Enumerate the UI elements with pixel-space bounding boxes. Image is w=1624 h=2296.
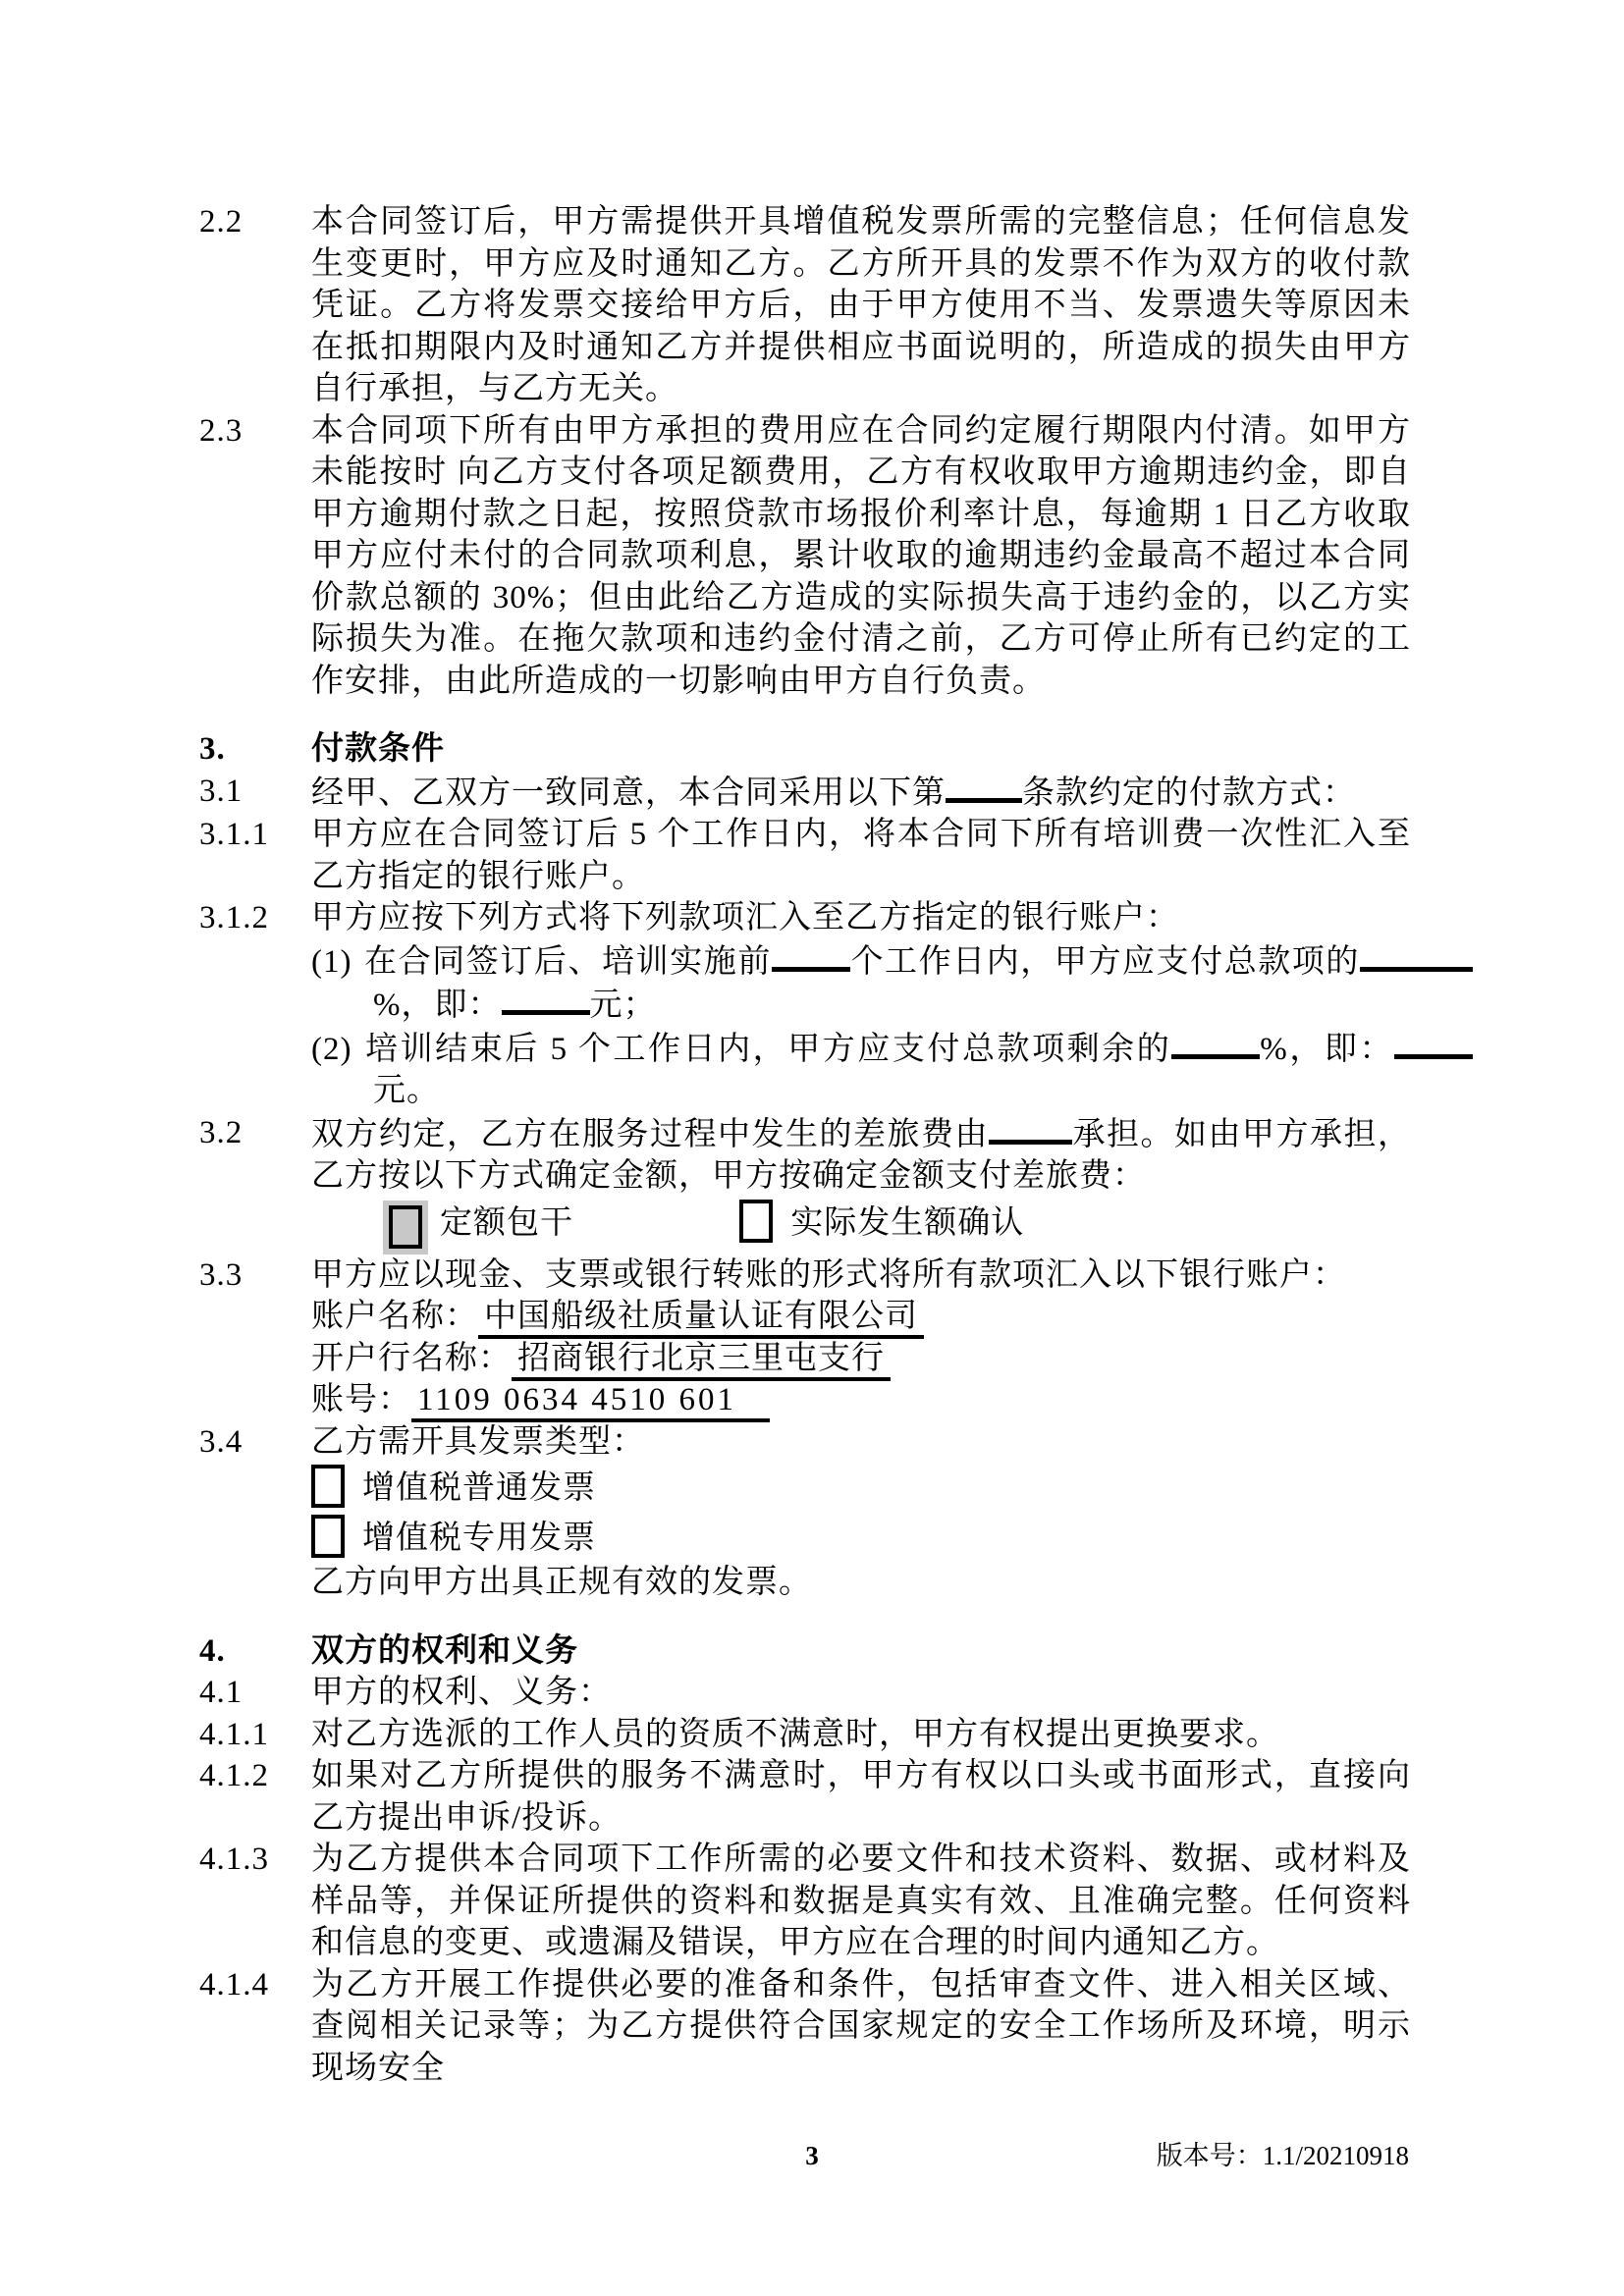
section-number: 4. — [199, 1630, 311, 1673]
clause-3-1-2-item-1: (1)在合同签订后、培训实施前个工作日内，甲方应支付总款项的%，即：元； — [199, 939, 1411, 1027]
clause-text-segment: 条款约定的付款方式： — [1022, 775, 1356, 811]
invoice-type-option-2: 增值税专用发票 — [199, 1513, 1411, 1563]
bank-name-value: 招商银行北京三里屯支行 — [512, 1341, 891, 1381]
clause-number: 3.3 — [199, 1255, 311, 1297]
option-label: 增值税专用发票 — [362, 1521, 596, 1556]
clause-number: 3.4 — [199, 1421, 311, 1464]
bank-branch-row: 开户行名称：招商银行北京三里屯支行 — [199, 1338, 1411, 1380]
fill-in-blank — [772, 939, 850, 972]
fill-in-blank — [946, 771, 1022, 803]
clause-text: 甲方的权利、义务： — [311, 1672, 1411, 1714]
clause-number: 4.1.3 — [199, 1839, 311, 1881]
checkbox-lump-sum[interactable] — [389, 1205, 422, 1249]
clause-number: 4.1 — [199, 1672, 311, 1714]
clause-text: 本合同项下所有由甲方承担的费用应在合同约定履行期限内付清。如甲方未能按时 向乙方… — [311, 410, 1411, 703]
account-number-label: 账号： — [311, 1382, 411, 1417]
section-4-heading: 4. 双方的权利和义务 — [199, 1630, 1411, 1673]
clause-text: 为乙方提供本合同项下工作所需的必要文件和技术资料、数据、或材料及样品等，并保证所… — [311, 1839, 1411, 1964]
contract-page: 2.2 本合同签订后，甲方需提供开具增值税发票所需的完整信息；任何信息发生变更时… — [0, 0, 1624, 2296]
option-label: 增值税普通发票 — [362, 1470, 596, 1506]
section-number: 3. — [199, 728, 311, 771]
option-row: 增值税专用发票 — [311, 1515, 1411, 1560]
contract-content: 2.2 本合同签订后，甲方需提供开具增值税发票所需的完整信息；任何信息发生变更时… — [199, 201, 1411, 2089]
clause-text-segment: 经甲、乙双方一致同意，本合同采用以下第 — [311, 775, 946, 811]
clause-4-1-1: 4.1.1 对乙方选派的工作人员的资质不满意时，甲方有权提出更换要求。 — [199, 1714, 1411, 1756]
clause-text: (2)培训结束后 5 个工作日内，甲方应支付总款项剩余的%，即：元。 — [311, 1027, 1473, 1112]
list-item-label: (2) — [311, 1032, 352, 1067]
version-value: 1.1/20210918 — [1263, 2141, 1409, 2170]
clause-text: 甲方应在合同签订后 5 个工作日内，将本合同下所有培训费一次性汇入至乙方指定的银… — [311, 814, 1411, 897]
section-title: 付款条件 — [311, 728, 1411, 771]
clause-text: 双方约定，乙方在服务过程中发生的差旅费由承担。如由甲方承担，乙方按以下方式确定金… — [311, 1112, 1411, 1198]
clause-text: 甲方应以现金、支票或银行转账的形式将所有款项汇入以下银行账户： — [311, 1255, 1411, 1297]
clause-text: 对乙方选派的工作人员的资质不满意时，甲方有权提出更换要求。 — [311, 1714, 1411, 1756]
bank-account-name-row: 账户名称：中国船级社质量认证有限公司 — [199, 1296, 1411, 1338]
clause-number: 3.1.1 — [199, 814, 311, 856]
clause-text: 乙方向甲方出具正规有效的发票。 — [311, 1562, 1411, 1604]
checkbox-vat-general-invoice[interactable] — [311, 1465, 345, 1508]
clause-text: 如果对乙方所提供的服务不满意时，甲方有权以口头或书面形式，直接向乙方提出申诉/投… — [311, 1755, 1411, 1839]
clause-text-segment: %，即： — [373, 988, 502, 1023]
clause-text-segment: 双方约定，乙方在服务过程中发生的差旅费由 — [311, 1117, 989, 1152]
clause-4-1: 4.1 甲方的权利、义务： — [199, 1672, 1411, 1714]
clause-text-segment: 个工作日内，甲方应支付总款项的 — [850, 944, 1360, 980]
option-label: 定额包干 — [440, 1205, 573, 1241]
fill-in-blank — [502, 983, 590, 1015]
clause-text-segment: 元； — [590, 988, 657, 1023]
option-label: 实际发生额确认 — [790, 1205, 1024, 1241]
clause-text-segment: %，即： — [1260, 1032, 1394, 1067]
option-row: 增值税普通发票 — [311, 1465, 1411, 1510]
fill-in-blank — [989, 1112, 1072, 1145]
section-3-heading: 3. 付款条件 — [199, 728, 1411, 771]
clause-text: 为乙方开展工作提供必要的准备和条件，包括审查文件、进入相关区域、查阅相关记录等；… — [311, 1964, 1411, 2090]
version-info: 版本号：1.1/20210918 — [1157, 2136, 1409, 2175]
option-lump-sum: 定额包干 — [383, 1205, 573, 1241]
page-footer: 3 版本号：1.1/20210918 — [0, 2136, 1624, 2175]
clause-text: (1)在合同签订后、培训实施前个工作日内，甲方应支付总款项的%，即：元； — [311, 939, 1473, 1027]
bank-account-number-row: 账号：1109 0634 4510 601 — [199, 1379, 1411, 1421]
clause-4-1-2: 4.1.2 如果对乙方所提供的服务不满意时，甲方有权以口头或书面形式，直接向乙方… — [199, 1755, 1411, 1839]
checkbox-shading — [383, 1201, 428, 1255]
clause-3-3: 3.3 甲方应以现金、支票或银行转账的形式将所有款项汇入以下银行账户： — [199, 1255, 1411, 1297]
bank-detail-line: 账号：1109 0634 4510 601 — [311, 1379, 1411, 1421]
bank-detail-line: 账户名称：中国船级社质量认证有限公司 — [311, 1296, 1411, 1338]
clause-3-1-2-item-2: (2)培训结束后 5 个工作日内，甲方应支付总款项剩余的%，即：元。 — [199, 1027, 1411, 1112]
account-name-label: 账户名称： — [311, 1299, 478, 1334]
travel-expense-options: 定额包干 实际发生额确认 — [199, 1200, 1411, 1255]
clause-text: 甲方应按下列方式将下列款项汇入至乙方指定的银行账户： — [311, 897, 1411, 939]
clause-2-3: 2.3 本合同项下所有由甲方承担的费用应在合同约定履行期限内付清。如甲方未能按时… — [199, 410, 1411, 703]
clause-3-1-1: 3.1.1 甲方应在合同签订后 5 个工作日内，将本合同下所有培训费一次性汇入至… — [199, 814, 1411, 897]
invoice-type-option-1: 增值税普通发票 — [199, 1463, 1411, 1513]
clause-text: 乙方需开具发票类型： — [311, 1421, 1411, 1464]
list-item-label: (1) — [311, 944, 352, 980]
version-label: 版本号： — [1157, 2141, 1263, 2170]
clause-number: 2.3 — [199, 410, 311, 453]
clause-3-1-2: 3.1.2 甲方应按下列方式将下列款项汇入至乙方指定的银行账户： — [199, 897, 1411, 939]
section-title: 双方的权利和义务 — [311, 1630, 1411, 1673]
option-actual-amount: 实际发生额确认 — [739, 1205, 1024, 1241]
checkbox-actual-amount[interactable] — [739, 1200, 773, 1243]
clause-number: 4.1.4 — [199, 1964, 311, 2006]
account-name-value: 中国船级社质量认证有限公司 — [478, 1299, 924, 1339]
clause-number: 3.1 — [199, 771, 311, 813]
options-row: 定额包干 实际发生额确认 — [311, 1200, 1411, 1255]
clause-text-segment: 在合同签订后、培训实施前 — [363, 944, 771, 980]
clause-2-2: 2.2 本合同签订后，甲方需提供开具增值税发票所需的完整信息；任何信息发生变更时… — [199, 201, 1411, 410]
clause-text: 本合同签订后，甲方需提供开具增值税发票所需的完整信息；任何信息发生变更时，甲方应… — [311, 201, 1411, 410]
fill-in-blank — [1360, 939, 1473, 972]
clause-number: 2.2 — [199, 201, 311, 243]
clause-3-4-note: 乙方向甲方出具正规有效的发票。 — [199, 1562, 1411, 1604]
fill-in-blank — [1171, 1027, 1260, 1059]
clause-number: 3.2 — [199, 1112, 311, 1154]
clause-3-4: 3.4 乙方需开具发票类型： — [199, 1421, 1411, 1464]
clause-3-2: 3.2 双方约定，乙方在服务过程中发生的差旅费由承担。如由甲方承担，乙方按以下方… — [199, 1112, 1411, 1198]
bank-detail-line: 开户行名称：招商银行北京三里屯支行 — [311, 1338, 1411, 1380]
account-number-value: 1109 0634 4510 601 — [411, 1382, 770, 1422]
clause-number: 3.1.2 — [199, 897, 311, 939]
checkbox-vat-special-invoice[interactable] — [311, 1515, 345, 1558]
bank-name-label: 开户行名称： — [311, 1341, 512, 1376]
clause-text-segment: 元。 — [373, 1073, 440, 1108]
clause-4-1-3: 4.1.3 为乙方提供本合同项下工作所需的必要文件和技术资料、数据、或材料及样品… — [199, 1839, 1411, 1964]
fill-in-blank — [1394, 1027, 1473, 1059]
clause-number: 4.1.2 — [199, 1755, 311, 1797]
clause-text: 经甲、乙双方一致同意，本合同采用以下第条款约定的付款方式： — [311, 771, 1411, 815]
clause-text-segment: 培训结束后 5 个工作日内，甲方应支付总款项剩余的 — [363, 1032, 1171, 1067]
clause-number: 4.1.1 — [199, 1714, 311, 1756]
clause-3-1: 3.1 经甲、乙双方一致同意，本合同采用以下第条款约定的付款方式： — [199, 771, 1411, 815]
clause-4-1-4: 4.1.4 为乙方开展工作提供必要的准备和条件，包括审查文件、进入相关区域、查阅… — [199, 1964, 1411, 2090]
